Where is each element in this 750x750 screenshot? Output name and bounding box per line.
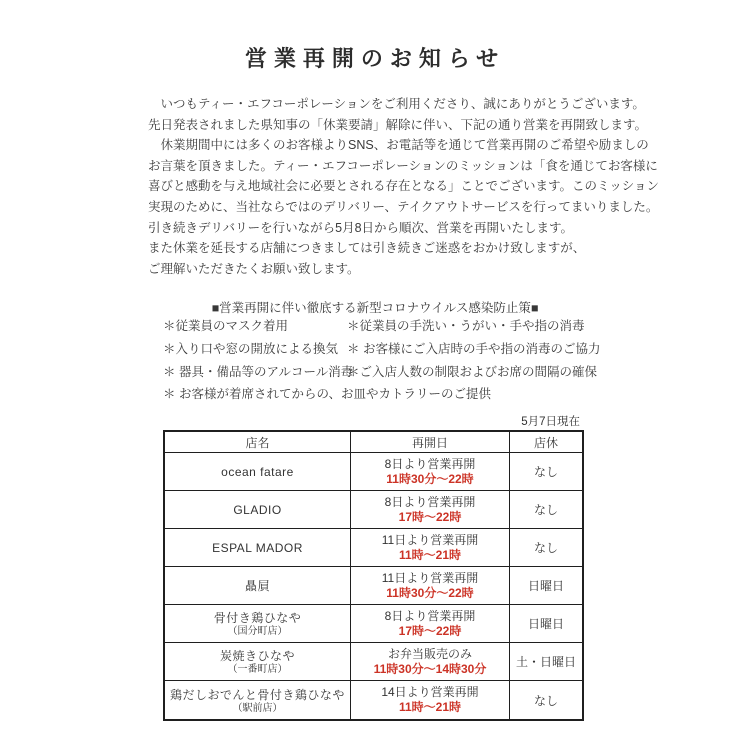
table-row-closed-day: なし — [510, 529, 582, 567]
table-row-shop-name: 贔屓 — [165, 567, 351, 605]
table-row-closed-day: なし — [510, 453, 582, 491]
body-line: また休業を延長する店舗につきましては引き続きご迷惑をおかけ致しますが、 — [148, 238, 659, 259]
body-paragraph: いつもティー・エフコーポレーションをご利用くださり、誠にありがとうございます。 … — [148, 94, 659, 279]
table-row-reopen-info: 8日より営業再開 11時30分～22時 — [351, 453, 510, 491]
table-row-shop-name: ESPAL MADOR — [165, 529, 351, 567]
table-header-reopen-date: 再開日 — [351, 432, 510, 453]
table-row-closed-day: なし — [510, 491, 582, 529]
table-row-closed-day: 土・日曜日 — [510, 643, 582, 681]
countermeasures-heading: ■営業再開に伴い徹底する新型コロナウイルス感染防止策■ — [0, 298, 750, 316]
page-title: 営業再開のお知らせ — [0, 42, 750, 73]
notice-document: 営業再開のお知らせ いつもティー・エフコーポレーションをご利用くださり、誠にあり… — [0, 0, 750, 750]
table-row-shop-name: 炭焼きひなや （一番町店） — [165, 643, 351, 681]
countermeasure-item: ＊ 器具・備品等のアルコール消毒 — [163, 361, 353, 384]
table-row-reopen-info: 14日より営業再開 11時～21時 — [351, 681, 510, 719]
countermeasures-left-column: ＊従業員のマスク着用 ＊入り口や窓の開放による換気 ＊ 器具・備品等のアルコール… — [163, 315, 353, 384]
table-header-closed-day: 店休 — [510, 432, 582, 453]
countermeasure-item: ＊従業員のマスク着用 — [163, 315, 353, 338]
date-note: 5月7日現在 — [163, 413, 580, 429]
countermeasure-item: ＊ お客様にご入店時の手や指の消毒のご協力 — [347, 338, 600, 361]
body-line: 実現のために、当社ならではのデリバリー、テイクアウトサービスを行ってまいりました… — [148, 197, 659, 218]
table-row-closed-day: 日曜日 — [510, 605, 582, 643]
countermeasures-right-column: ＊従業員の手洗い・うがい・手や指の消毒 ＊ お客様にご入店時の手や指の消毒のご協… — [347, 315, 600, 384]
countermeasure-item: ＊ お客様が着席されてからの、お皿やカトラリーのご提供 — [163, 384, 491, 402]
body-line: 喜びと感動を与え地域社会に必要とされる存在となる」ことでございます。このミッショ… — [148, 176, 659, 197]
table-row-shop-name: GLADIO — [165, 491, 351, 529]
body-line: 休業期間中には多くのお客様よりSNS、お電話等を通じて営業再開のご希望や励ましの — [148, 135, 659, 156]
table-row-reopen-info: 11日より営業再開 11時～21時 — [351, 529, 510, 567]
table-row-reopen-info: 11日より営業再開 11時30分～22時 — [351, 567, 510, 605]
body-line: ご理解いただきたくお願い致します。 — [148, 259, 659, 280]
table-row-shop-name: 鶏だしおでんと骨付き鶏ひなや （駅前店） — [165, 681, 351, 719]
table-row-shop-name: 骨付き鶏ひなや （国分町店） — [165, 605, 351, 643]
table-row-closed-day: 日曜日 — [510, 567, 582, 605]
body-line: 先日発表されました県知事の「休業要請」解除に伴い、下記の通り営業を再開致します。 — [148, 115, 659, 136]
body-line: いつもティー・エフコーポレーションをご利用くださり、誠にありがとうございます。 — [148, 94, 659, 115]
table-row-reopen-info: 8日より営業再開 17時～22時 — [351, 605, 510, 643]
body-line: 引き続きデリバリーを行いながら5月8日から順次、営業を再開いたします。 — [148, 218, 659, 239]
countermeasure-item: ＊従業員の手洗い・うがい・手や指の消毒 — [347, 315, 600, 338]
table-row-reopen-info: 8日より営業再開 17時～22時 — [351, 491, 510, 529]
reopening-table: 店名 再開日 店休 ocean fatare 8日より営業再開 11時30分～2… — [163, 430, 584, 721]
table-row-closed-day: なし — [510, 681, 582, 719]
table-row-reopen-info: お弁当販売のみ 11時30分～14時30分 — [351, 643, 510, 681]
table-row-shop-name: ocean fatare — [165, 453, 351, 491]
table-header-shop-name: 店名 — [165, 432, 351, 453]
body-line: お言葉を頂きました。ティー・エフコーポレーションのミッションは「食を通じてお客様… — [148, 156, 659, 177]
countermeasure-item: ＊ご入店人数の制限およびお席の間隔の確保 — [347, 361, 600, 384]
countermeasure-item: ＊入り口や窓の開放による換気 — [163, 338, 353, 361]
